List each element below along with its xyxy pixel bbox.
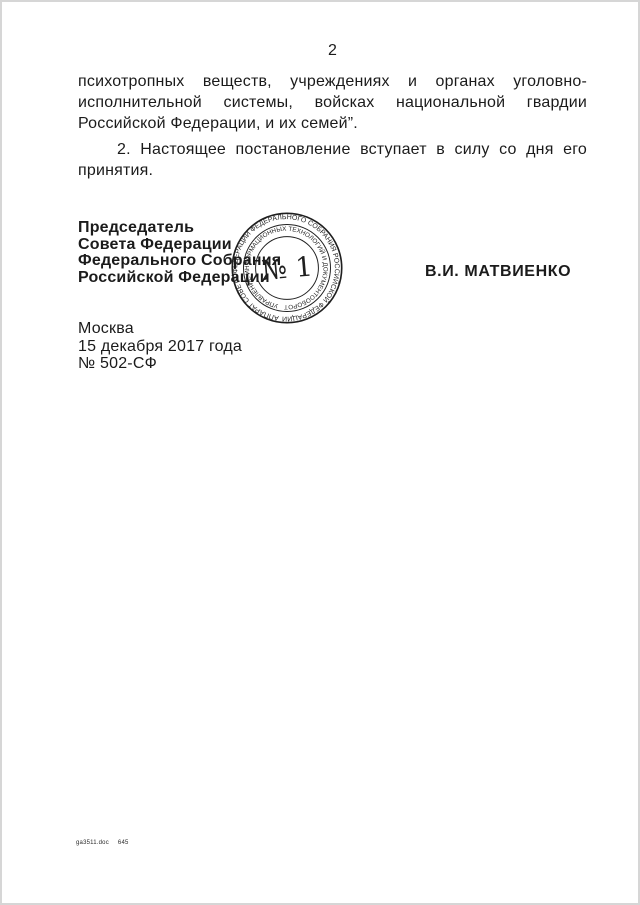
document-page: 2 психотропных веществ, учреждениях и ор… — [0, 0, 640, 905]
body-text-line: исполнительной системы, войсках национал… — [78, 92, 587, 113]
issue-block: Москва 15 декабря 2017 года № 502-СФ — [78, 320, 242, 373]
signature-title-line: Председатель — [78, 220, 281, 237]
issue-date: 15 декабря 2017 года — [78, 338, 242, 356]
body-text-line: Российской Федерации, и их семей”. — [78, 113, 587, 134]
signatory-name: В.И. МАТВИЕНКО — [425, 263, 571, 281]
footer-filename: ga3511.doc — [76, 840, 109, 846]
body-text-line: психотропных веществ, учреждениях и орга… — [78, 71, 587, 92]
body-text: психотропных веществ, учреждениях и орга… — [78, 71, 587, 181]
issue-number: № 502-СФ — [78, 355, 242, 373]
paragraph-2: 2. Настоящее постановление вступает в си… — [78, 139, 587, 181]
signature-title-line: Федерального Собрания — [78, 253, 281, 270]
body-text-line: 2. Настоящее постановление вступает в си… — [78, 139, 587, 160]
signature-title-block: Председатель Совета Федерации Федерально… — [78, 220, 281, 286]
footer-code: 645 — [118, 840, 129, 846]
body-text-line: принятия. — [78, 160, 587, 181]
page-number: 2 — [78, 42, 587, 60]
signature-title-line: Российской Федерации — [78, 270, 281, 287]
signature-title-line: Совета Федерации — [78, 237, 281, 254]
issue-city: Москва — [78, 320, 242, 338]
footer-file-note: ga3511.doc645 — [76, 840, 129, 846]
paragraph-1: психотропных веществ, учреждениях и орга… — [78, 71, 587, 134]
